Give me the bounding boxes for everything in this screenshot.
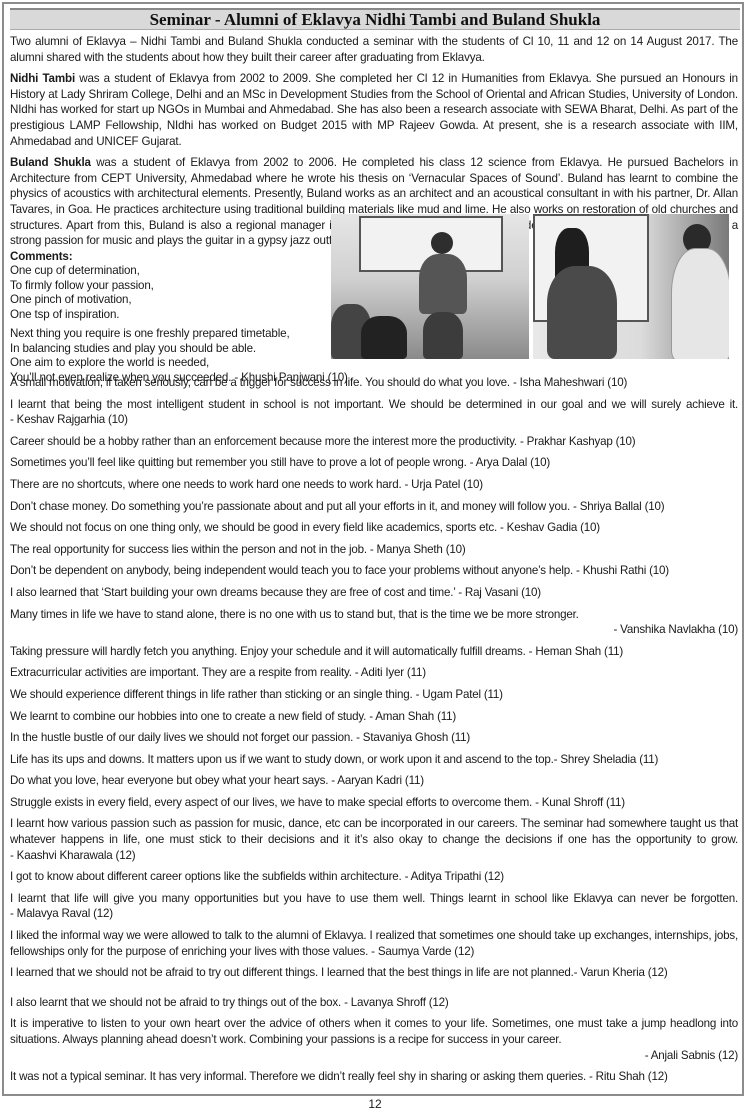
comment-author: - Saumya Varde (12)	[368, 945, 474, 958]
comment-author: - Aman Shah (11)	[366, 710, 456, 723]
photo-strip	[331, 214, 729, 359]
comment-item: Don’t chase money. Do something you’re p…	[10, 499, 738, 515]
comment-author: - Shrey Sheladia (11)	[554, 753, 659, 766]
comment-author: - Prakhar Kashyap (10)	[517, 435, 635, 448]
comment-author: - Aditya Tripathi (12)	[402, 870, 504, 883]
comment-item: I liked the informal way we were allowed…	[10, 928, 738, 959]
comment-author: - Isha Maheshwari (10)	[510, 376, 627, 389]
comment-item: The real opportunity for success lies wi…	[10, 542, 738, 558]
comment-item: Struggle exists in every field, every as…	[10, 795, 738, 811]
comment-author: - Stavaniya Ghosh (11)	[353, 731, 470, 744]
comment-item: Career should be a hobby rather than an …	[10, 434, 738, 450]
comment-item: I also learnt that we should not be afra…	[10, 995, 738, 1011]
comment-item: Taking pressure will hardly fetch you an…	[10, 644, 738, 660]
person-head-shape	[431, 232, 453, 254]
comment-item: I learnt how various passion such as pas…	[10, 816, 738, 863]
comment-item: I learnt that life will give you many op…	[10, 891, 738, 922]
title-banner: Seminar - Alumni of Eklavya Nidhi Tambi …	[10, 8, 740, 30]
comment-author: - Varun Kheria (12)	[574, 966, 668, 979]
comment-author: - Keshav Rajgarhia (10)	[10, 413, 128, 426]
comment-author: - Khushi Rathi (10)	[573, 564, 669, 577]
comment-list: A small motivation, if taken seriously, …	[10, 375, 738, 1091]
photo-buland-seminar	[331, 214, 529, 359]
comment-item: We should not focus on one thing only, w…	[10, 520, 738, 536]
comment-item: I also learned that ‘Start building your…	[10, 585, 738, 601]
buland-name: Buland Shukla	[10, 156, 91, 169]
comment-author: - Aditi Iyer (11)	[352, 666, 426, 679]
comment-item: I got to know about different career opt…	[10, 869, 738, 885]
comment-author: - Raj Vasani (10)	[455, 586, 541, 599]
comment-item: Many times in life we have to stand alon…	[10, 607, 738, 638]
comment-author: - Manya Sheth (10)	[367, 543, 466, 556]
comment-author: - Keshav Gadia (10)	[497, 521, 600, 534]
comment-item: Sometimes you’ll feel like quitting but …	[10, 455, 738, 471]
comment-item: In the hustle bustle of our daily lives …	[10, 730, 738, 746]
comment-author: - Ritu Shah (12)	[586, 1070, 668, 1083]
comment-item: Life has its ups and downs. It matters u…	[10, 752, 738, 768]
comment-author: - Aaryan Kadri (11)	[328, 774, 424, 787]
intro-paragraph: Two alumni of Eklavya – Nidhi Tambi and …	[10, 34, 738, 65]
comment-item: A small motivation, if taken seriously, …	[10, 375, 738, 391]
nidhi-name: Nidhi Tambi	[10, 72, 75, 85]
comment-item: There are no shortcuts, where one needs …	[10, 477, 738, 493]
comment-author: - Kunal Shroff (11)	[532, 796, 625, 809]
comment-item: We learnt to combine our hobbies into on…	[10, 709, 738, 725]
comment-item: Don’t be dependent on anybody, being ind…	[10, 563, 738, 579]
nidhi-bio-text: was a student of Eklavya from 2002 to 20…	[10, 72, 738, 147]
person-legs-shape	[423, 312, 463, 359]
comment-author: - Anjali Sabnis (12)	[10, 1048, 738, 1064]
comment-author: - Lavanya Shroff (12)	[341, 996, 449, 1009]
comment-author: - Malavya Raval (12)	[10, 907, 113, 920]
comment-author: - Urja Patel (10)	[401, 478, 482, 491]
photo-nidhi-seminar	[533, 214, 729, 359]
comment-item: It was not a typical seminar. It has ver…	[10, 1069, 738, 1085]
comment-author: - Heman Shah (11)	[526, 645, 623, 658]
comment-author: - Shriya Ballal (10)	[570, 500, 664, 513]
nidhi-bio-paragraph: Nidhi Tambi was a student of Eklavya fro…	[10, 71, 738, 149]
person-body-shape	[419, 254, 467, 314]
page-title: Seminar - Alumni of Eklavya Nidhi Tambi …	[10, 10, 740, 29]
comment-item: It is imperative to listen to your own h…	[10, 1016, 738, 1063]
comment-author: - Ugam Patel (11)	[413, 688, 503, 701]
comment-item: I learned that we should not be afraid t…	[10, 965, 738, 981]
person-body-shape	[547, 266, 617, 359]
comment-author: - Arya Dalal (10)	[467, 456, 550, 469]
page-number: 12	[0, 1097, 750, 1111]
comment-item: Do what you love, hear everyone but obey…	[10, 773, 738, 789]
comment-author: - Vanshika Navlakha (10)	[10, 622, 738, 638]
person-body-shape	[671, 248, 729, 359]
comment-author: - Kaashvi Kharawala (12)	[10, 849, 135, 862]
student-shape	[361, 316, 407, 359]
comment-item: We should experience different things in…	[10, 687, 738, 703]
comment-item: Extracurricular activities are important…	[10, 665, 738, 681]
comment-item: I learnt that being the most intelligent…	[10, 397, 738, 428]
